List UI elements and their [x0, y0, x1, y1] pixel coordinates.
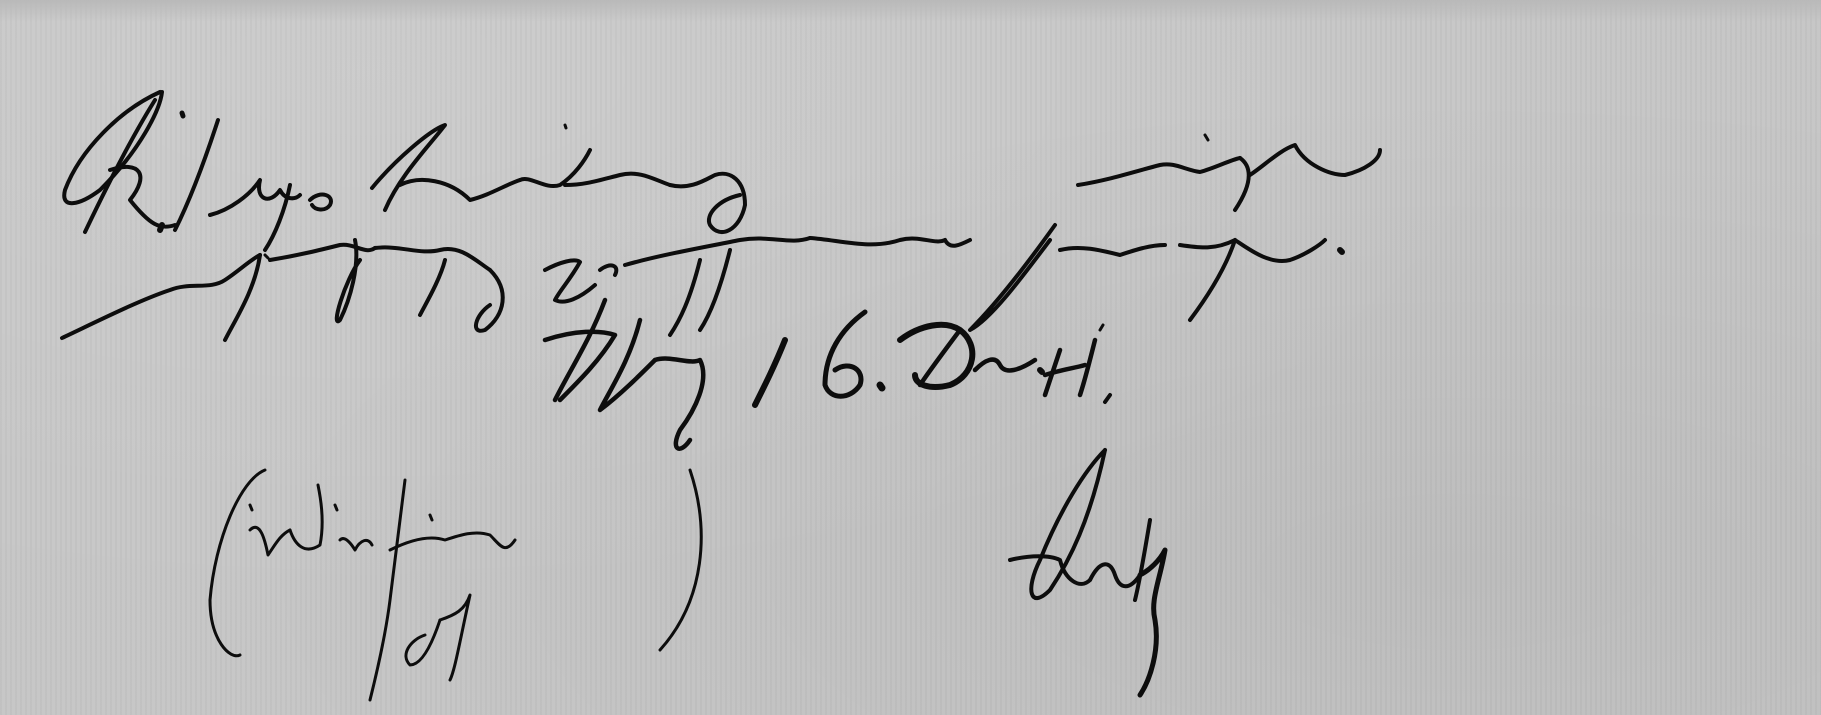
handwriting-ink-layer	[0, 0, 1821, 715]
handwriting-line-1	[64, 92, 1380, 250]
handwriting-line-3	[545, 300, 1110, 449]
handwriting-line-2	[62, 225, 1342, 340]
scanned-document-page: R. der p. Krückeberg müßte unbedingt zu …	[0, 0, 1821, 715]
handwriting-note	[210, 470, 701, 700]
signature	[1010, 450, 1165, 695]
